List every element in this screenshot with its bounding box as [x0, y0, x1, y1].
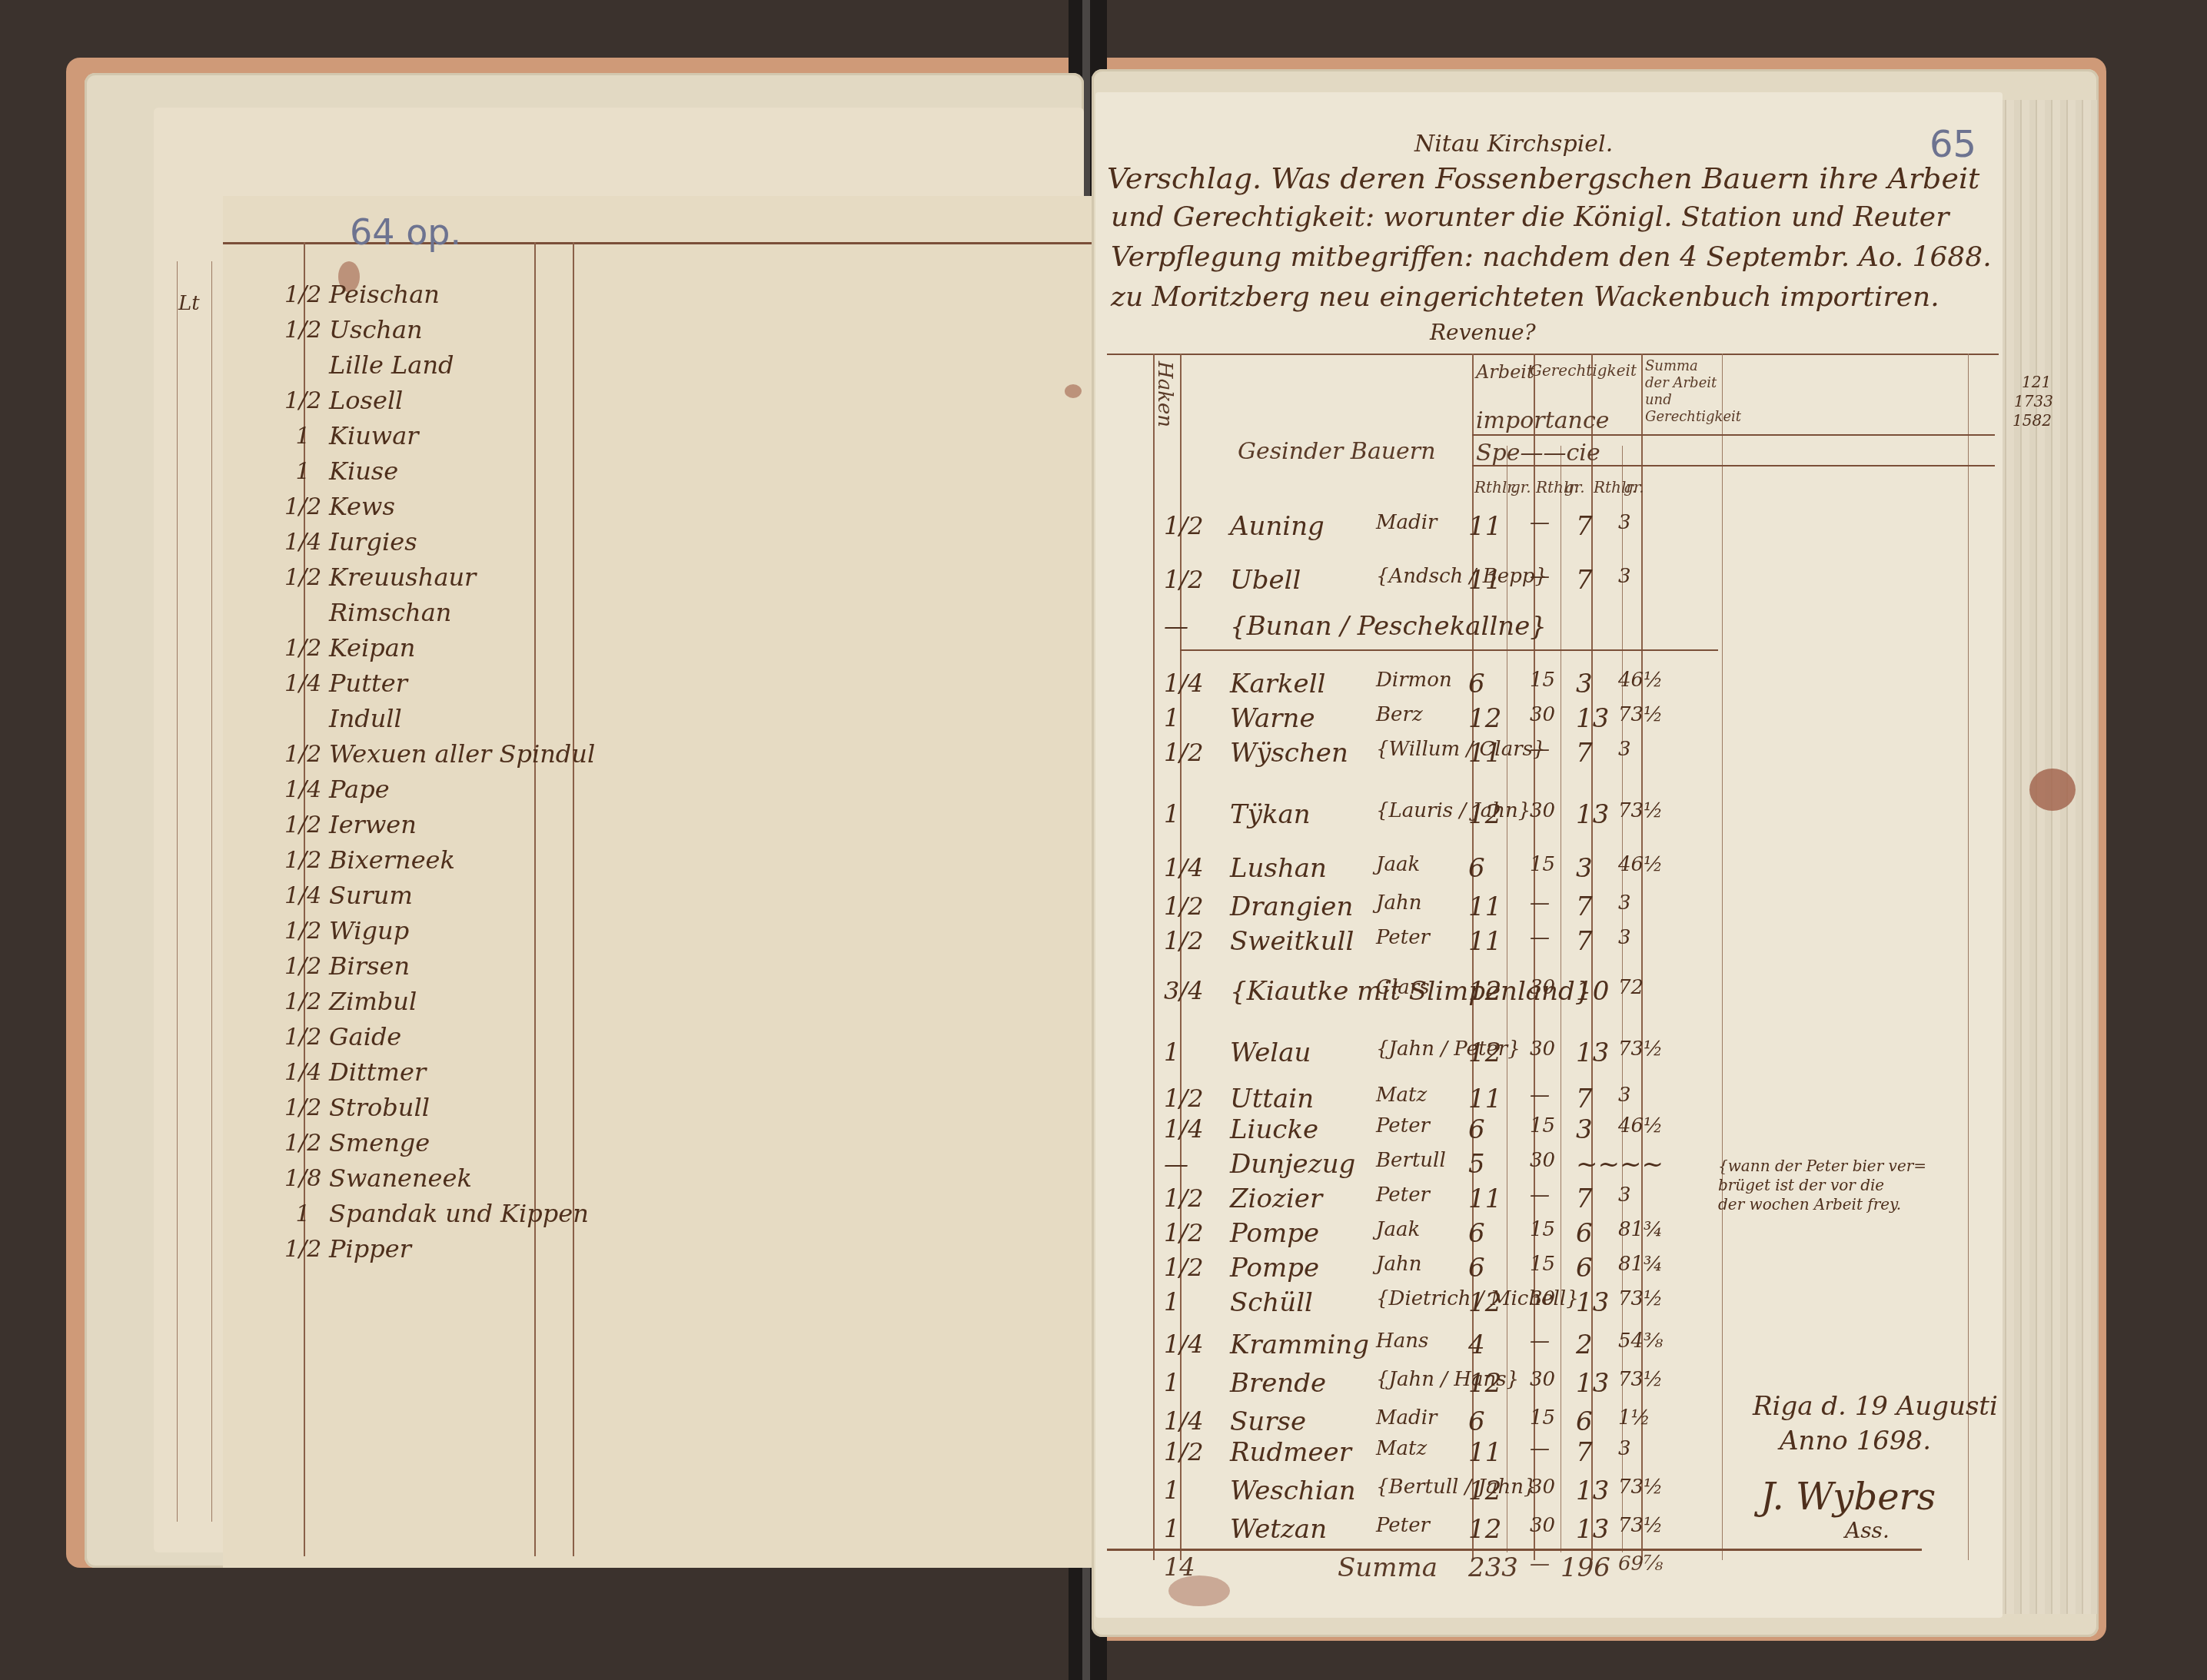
specie-label: Spe——cie — [1476, 440, 1600, 466]
table-row: 1/4LiuckePeter615346½ — [1153, 1114, 1983, 1148]
gerechtigkeit-gr: 3 — [1618, 511, 1631, 534]
share-fraction: 1 — [284, 458, 321, 485]
given-name: Madir — [1376, 511, 1438, 534]
list-item: 1/2Wigup — [284, 913, 409, 948]
share-fraction: 1/2 — [284, 387, 321, 414]
table-row: 1/2Wÿschen{Willum / Clars}11—73 — [1153, 738, 1983, 772]
arbeit-rthlr: 6 — [1468, 1218, 1485, 1249]
list-item: 1/2Keipan — [284, 630, 415, 666]
table-row: 1/2SweitkullPeter11—73 — [1153, 926, 1983, 960]
arbeit-rthlr: 6 — [1468, 1253, 1485, 1283]
gerechtigkeit-rthlr: 3 — [1576, 669, 1593, 699]
list-item: 1/2Birsen — [284, 948, 410, 984]
farm-name: Kramming — [1230, 1330, 1369, 1360]
unit-gr: gr. — [1624, 478, 1644, 496]
ink-stain — [1065, 384, 1082, 398]
row-share: 1 — [1164, 1287, 1179, 1316]
share-fraction: 1/2 — [284, 1094, 321, 1121]
list-item: 1/4Putter — [284, 666, 407, 701]
list-item: Rimschan — [284, 595, 451, 630]
gerechtigkeit-rthlr: 13 — [1576, 1038, 1609, 1068]
given-name: Clars — [1376, 976, 1429, 999]
arbeit-gr: 15 — [1530, 1218, 1555, 1241]
arbeit-gr: — — [1530, 738, 1550, 761]
list-item: 1/2Gaide — [284, 1019, 401, 1054]
folio-number-right: 65 — [1929, 123, 1976, 166]
farm-name: Rudmeer — [1230, 1437, 1351, 1468]
row-share: 1/2 — [1164, 1218, 1204, 1247]
share-fraction: 1/2 — [284, 493, 321, 520]
table-row: 1/4KrammingHans4—254⅜ — [1153, 1330, 1983, 1363]
arbeit-rthlr: 11 — [1468, 1437, 1501, 1468]
farm-name: Bixerneek — [329, 845, 455, 875]
share-fraction: 1/2 — [284, 988, 321, 1015]
list-item: 1/2Ierwen — [284, 807, 417, 842]
share-fraction: 1/2 — [284, 953, 321, 980]
share-fraction: 1/4 — [284, 882, 321, 909]
arbeit-gr: 15 — [1530, 1406, 1555, 1429]
row-share: 1/2 — [1164, 926, 1204, 955]
table-row: 1/2DrangienJahn11—73 — [1153, 891, 1983, 925]
gerechtigkeit-rthlr: 13 — [1576, 1476, 1609, 1506]
gerechtigkeit-rthlr: 6 — [1576, 1218, 1593, 1249]
arbeit-rthlr: 12 — [1468, 799, 1501, 830]
gerechtigkeit-gr: 3 — [1618, 926, 1631, 949]
arbeit-gr: 15 — [1530, 853, 1555, 876]
row-share: 1/4 — [1164, 853, 1204, 882]
total-label: Summa — [1338, 1552, 1438, 1583]
given-name: Peter — [1376, 1184, 1430, 1207]
share-fraction: 1/2 — [284, 564, 321, 591]
importance-label: importance — [1476, 407, 1609, 434]
table-row: 1Welau{Jahn / Peter}12301373½ — [1153, 1038, 1983, 1071]
gerechtigkeit-rthlr: 7 — [1576, 1084, 1593, 1114]
gerechtigkeit-rthlr: 7 — [1576, 926, 1593, 957]
gerechtigkeit-gr: 46½ — [1618, 669, 1663, 692]
arbeit-rthlr: 12 — [1468, 1514, 1501, 1545]
farm-name: Gaide — [329, 1022, 401, 1051]
farm-name: Pipper — [329, 1234, 411, 1263]
ink-stain — [2029, 769, 2076, 811]
arbeit-gr: 15 — [1530, 1114, 1555, 1137]
heading-line: Verschlag. Was deren Fossenbergschen Bau… — [1107, 161, 1979, 195]
gerechtigkeit-gr: 73½ — [1618, 1476, 1663, 1499]
farm-name: Wexuen aller Spindul — [329, 739, 595, 769]
farm-name: Schüll — [1230, 1287, 1313, 1318]
gerechtigkeit-rthlr: 6 — [1576, 1406, 1593, 1437]
gerechtigkeit-rthlr: 13 — [1576, 1287, 1609, 1318]
total-arbeit-rthlr: 233 — [1468, 1552, 1518, 1583]
farm-name: Rimschan — [329, 598, 451, 627]
table-row: 1/4LushanJaak615346½ — [1153, 853, 1983, 887]
share-fraction: 1/2 — [284, 1236, 321, 1263]
list-item: 1/2Bixerneek — [284, 842, 455, 878]
gerechtigkeit-gr: 73½ — [1618, 703, 1663, 726]
gerechtigkeit-gr: 73½ — [1618, 1038, 1663, 1061]
row-share: 1/4 — [1164, 1114, 1204, 1144]
heading-line: zu Moritzberg neu eingerichteten Wackenb… — [1111, 281, 1939, 313]
given-name: Berz — [1376, 703, 1423, 726]
gerechtigkeit-gr: 3 — [1618, 738, 1631, 761]
farm-name: Iurgies — [329, 527, 417, 556]
gerechtigkeit-rthlr: 7 — [1576, 738, 1593, 769]
given-name: Matz — [1376, 1084, 1427, 1107]
arbeit-rthlr: 11 — [1468, 738, 1501, 769]
row-share: 1/4 — [1164, 669, 1204, 698]
row-share: 1/2 — [1164, 1253, 1204, 1282]
arbeit-gr: 30 — [1530, 703, 1555, 726]
row-share: 1 — [1164, 1368, 1179, 1397]
list-item: 1/4Surum — [284, 878, 413, 913]
list-item: 1/8Swaneneek — [284, 1160, 472, 1196]
farm-name: Pompe — [1230, 1253, 1319, 1283]
list-item: 1Kiuwar — [284, 418, 419, 453]
arbeit-gr: — — [1530, 891, 1550, 915]
row-share: 1/2 — [1164, 565, 1204, 594]
arbeit-rthlr: 11 — [1468, 565, 1501, 596]
arbeit-gr: 30 — [1530, 1149, 1555, 1172]
table-header-rule — [1472, 434, 1995, 436]
farm-name: Liucke — [1230, 1114, 1318, 1145]
arbeit-rthlr: 6 — [1468, 669, 1485, 699]
given-name: Jahn — [1376, 1253, 1421, 1276]
share-fraction: 1/4 — [284, 1059, 321, 1086]
list-item: 1/2Kews — [284, 489, 395, 524]
list-item: Indull — [284, 701, 402, 736]
arbeit-gr: 30 — [1530, 1476, 1555, 1499]
col-header-name: Gesinder Bauern — [1238, 438, 1436, 465]
given-name: Bertull — [1376, 1149, 1446, 1172]
table-row: —{Bunan / Peschekallne} — [1153, 611, 1983, 645]
gerechtigkeit-gr: 3 — [1618, 1184, 1631, 1207]
parish-heading: Nitau Kirchspiel. — [1414, 131, 1613, 158]
margin-note-line: {wann der Peter bier ver= — [1718, 1157, 1926, 1175]
gerechtigkeit-gr: 73½ — [1618, 1368, 1663, 1391]
dateline-place-date: Riga d. 19 Augusti — [1753, 1391, 1998, 1422]
gerechtigkeit-rthlr: 13 — [1576, 1368, 1609, 1399]
list-item: 1/2Uschan — [284, 312, 423, 347]
arbeit-gr: — — [1530, 926, 1550, 949]
arbeit-rthlr: 11 — [1468, 926, 1501, 957]
share-fraction: 1 — [284, 423, 321, 450]
farm-name: Tÿkan — [1230, 799, 1311, 830]
farm-name: Karkell — [1230, 669, 1325, 699]
arbeit-rthlr: 6 — [1468, 853, 1485, 884]
total-arbeit-gr: — — [1530, 1552, 1550, 1575]
arbeit-rthlr: 4 — [1468, 1330, 1485, 1360]
farm-name: Lille Land — [329, 350, 454, 380]
gerechtigkeit-gr: 72 — [1618, 976, 1644, 999]
arbeit-rthlr: 12 — [1468, 1287, 1501, 1318]
list-item: 1/2Pipper — [284, 1231, 411, 1267]
gerechtigkeit-gr: 1½ — [1618, 1406, 1650, 1429]
gerechtigkeit-gr: 81¾ — [1618, 1218, 1663, 1241]
margin-mark: Lt — [178, 292, 200, 315]
share-fraction: 1/2 — [284, 281, 321, 308]
arbeit-gr: 30 — [1530, 1038, 1555, 1061]
gerechtigkeit-rthlr: 13 — [1576, 799, 1609, 830]
page-edges-right — [1999, 100, 2099, 1614]
list-item: 1Kiuse — [284, 453, 398, 489]
farm-name: Wigup — [329, 916, 409, 945]
table-row: 1/2UttainMatz11—73 — [1153, 1084, 1983, 1117]
given-name: {Bertull / Jahn} — [1376, 1476, 1537, 1499]
col-header-arbeit: Arbeit — [1476, 361, 1534, 383]
arbeit-gr: 30 — [1530, 1514, 1555, 1537]
row-share: 1/2 — [1164, 738, 1204, 767]
list-item: 1/2Losell — [284, 383, 403, 418]
gerechtigkeit-gr: 3 — [1618, 891, 1631, 915]
table-total-rule — [1107, 1549, 1922, 1551]
folio-number-left: 64 op. — [350, 211, 461, 253]
share-fraction: 1/2 — [284, 741, 321, 768]
gerechtigkeit-rthlr: 3 — [1576, 853, 1593, 884]
farm-name: Uschan — [329, 315, 423, 344]
farm-name: Wÿschen — [1230, 738, 1348, 769]
arbeit-rthlr: 12 — [1468, 1368, 1501, 1399]
farm-name: Wetzan — [1230, 1514, 1327, 1545]
gerechtigkeit-gr: 54⅜ — [1618, 1330, 1663, 1353]
gerechtigkeit-rthlr: 6 — [1576, 1253, 1593, 1283]
farm-name: Warne — [1230, 703, 1315, 734]
farm-name: Weschian — [1230, 1476, 1356, 1506]
subheading: Revenue? — [1430, 320, 1536, 345]
arbeit-rthlr: 12 — [1468, 1038, 1501, 1068]
margin-tally: 1733 — [2014, 392, 2053, 410]
arbeit-rthlr: 11 — [1468, 891, 1501, 922]
farm-name: Spandak und Kippen — [329, 1199, 589, 1228]
row-share: — — [1164, 611, 1188, 640]
unit-gr: gr. — [1564, 478, 1585, 496]
share-fraction: 1/2 — [284, 635, 321, 662]
farm-name: Strobull — [329, 1093, 430, 1122]
given-name: Jaak — [1376, 1218, 1420, 1241]
given-name: Jahn — [1376, 891, 1421, 915]
col-header-haken: Haken — [1153, 361, 1176, 427]
list-item: 1/2Smenge — [284, 1125, 430, 1160]
share-fraction: 1/4 — [284, 670, 321, 697]
table-row: 1/2Ubell{Andsch / Bepp}11—73 — [1153, 565, 1983, 599]
left-column-rule — [534, 242, 536, 1556]
arbeit-gr: — — [1530, 511, 1550, 534]
farm-name: Drangien — [1230, 891, 1353, 922]
arbeit-gr: — — [1530, 1330, 1550, 1353]
margin-tally: 1582 — [2013, 411, 2052, 430]
col-header-gerechtigkeit: Gerechtigkeit — [1530, 361, 1637, 380]
signature: J. Wybers — [1760, 1476, 1936, 1519]
under-page-rule — [211, 261, 212, 1522]
farm-name: Zimbul — [329, 987, 417, 1016]
list-item: 1Spandak und Kippen — [284, 1196, 589, 1231]
given-name: {Andsch / Bepp} — [1376, 565, 1547, 588]
row-share: 1 — [1164, 703, 1179, 732]
list-item: 1/2Kreuushaur — [284, 559, 476, 595]
farm-name: Swaneneek — [329, 1164, 472, 1193]
arbeit-gr: 30 — [1530, 976, 1555, 999]
arbeit-rthlr: 12 — [1468, 703, 1501, 734]
farm-name: Lushan — [1230, 853, 1327, 884]
farm-name: Surse — [1230, 1406, 1306, 1437]
list-item: 1/4Dittmer — [284, 1054, 426, 1090]
gerechtigkeit-rthlr: 7 — [1576, 1184, 1593, 1214]
table-row: 3/4{Kiautke mit Slimpenland}Clars1230107… — [1153, 976, 1983, 1010]
arbeit-rthlr: 6 — [1468, 1114, 1485, 1145]
gerechtigkeit-gr: 73½ — [1618, 1287, 1663, 1310]
list-item: Lille Land — [284, 347, 454, 383]
list-item: 1/4Iurgies — [284, 524, 417, 559]
gerechtigkeit-gr: 3 — [1618, 1437, 1631, 1460]
share-fraction: 1/4 — [284, 776, 321, 803]
table-row: 1WarneBerz12301373½ — [1153, 703, 1983, 737]
farm-name: Sweitkull — [1230, 926, 1354, 957]
gerechtigkeit-rthlr: 7 — [1576, 511, 1593, 542]
gerechtigkeit-gr: 73½ — [1618, 1514, 1663, 1537]
farm-name: Smenge — [329, 1128, 430, 1157]
gerechtigkeit-gr: 73½ — [1618, 799, 1663, 822]
farm-name: Kews — [329, 492, 395, 521]
arbeit-rthlr: 11 — [1468, 511, 1501, 542]
given-name: Dirmon — [1376, 669, 1452, 692]
table-total-row: 14 Summa 233 — 196 69⅞ — [1153, 1552, 1983, 1586]
gerechtigkeit-rthlr: 10 — [1576, 976, 1609, 1007]
arbeit-rthlr: 5 — [1468, 1149, 1485, 1180]
margin-note-line: der wochen Arbeit frey. — [1718, 1195, 1901, 1214]
gerechtigkeit-rthlr: 7 — [1576, 891, 1593, 922]
share-fraction: 1/2 — [284, 1024, 321, 1051]
gerechtigkeit-rthlr: 13 — [1576, 1514, 1609, 1545]
given-name: Jaak — [1376, 853, 1420, 876]
farm-name: Kreuushaur — [329, 563, 476, 592]
share-fraction: 1/2 — [284, 317, 321, 344]
table-row: 1/4KarkellDirmon615346½ — [1153, 669, 1983, 702]
given-name: Madir — [1376, 1406, 1438, 1429]
row-share: 1/4 — [1164, 1330, 1204, 1359]
given-name: Peter — [1376, 926, 1430, 949]
row-share: 1 — [1164, 1476, 1179, 1505]
gerechtigkeit-gr: 3 — [1618, 1084, 1631, 1107]
arbeit-rthlr: 12 — [1468, 1476, 1501, 1506]
table-row: 1Schüll{Dietrich / Michell}12301373½ — [1153, 1287, 1983, 1321]
arbeit-rthlr: 11 — [1468, 1184, 1501, 1214]
row-share: 1/2 — [1164, 511, 1204, 540]
signature-suffix: Ass. — [1845, 1518, 1890, 1543]
list-item: 1/2Zimbul — [284, 984, 417, 1019]
arbeit-gr: 30 — [1530, 799, 1555, 822]
heading-line: Verpflegung mitbegriffen: nachdem den 4 … — [1111, 241, 1992, 273]
total-ger-rthlr: 196 — [1561, 1552, 1610, 1583]
arbeit-rthlr: 11 — [1468, 1084, 1501, 1114]
farm-name: Dunjezug — [1230, 1149, 1355, 1180]
arbeit-gr: — — [1530, 565, 1550, 588]
dateline-year: Anno 1698. — [1780, 1426, 1931, 1456]
share-fraction: 1/2 — [284, 812, 321, 838]
unit-gr: gr. — [1511, 478, 1531, 496]
arbeit-gr: 15 — [1530, 1253, 1555, 1276]
farm-name: Kiuse — [329, 457, 398, 486]
farm-name: {Bunan / Peschekallne} — [1230, 611, 1547, 642]
share-fraction: 1 — [284, 1200, 321, 1227]
given-name: {Lauris / Jahn} — [1376, 799, 1531, 822]
gerechtigkeit-gr: 81¾ — [1618, 1253, 1663, 1276]
share-fraction: 1/2 — [284, 1130, 321, 1157]
gerechtigkeit-rthlr: 3 — [1576, 1114, 1593, 1145]
list-item: 1/4Pape — [284, 772, 390, 807]
table-rule-top — [1107, 354, 1999, 355]
col-header-summa: Summa der Arbeit und Gerechtigkeit — [1645, 358, 1722, 426]
row-share: 1/2 — [1164, 1184, 1204, 1213]
gerechtigkeit-rthlr: 7 — [1576, 565, 1593, 596]
given-name: Hans — [1376, 1330, 1428, 1353]
heading-line: und Gerechtigkeit: worunter die Königl. … — [1111, 201, 1949, 233]
row-share: 1 — [1164, 1514, 1179, 1543]
row-share: 1/2 — [1164, 1084, 1204, 1113]
farm-name: Dittmer — [329, 1057, 426, 1087]
farm-name: Surum — [329, 881, 413, 910]
share-fraction: 1/2 — [284, 918, 321, 945]
arbeit-rthlr: 12 — [1468, 976, 1501, 1007]
gerechtigkeit-rthlr: ~~~~ — [1576, 1149, 1664, 1180]
gerechtigkeit-gr: 46½ — [1618, 853, 1663, 876]
row-share: 1 — [1164, 1038, 1179, 1067]
farm-name: Ziozier — [1230, 1184, 1322, 1214]
row-share: 1/2 — [1164, 891, 1204, 921]
row-share: 1/2 — [1164, 1437, 1204, 1466]
share-fraction: 1/2 — [284, 847, 321, 874]
gerechtigkeit-rthlr: 13 — [1576, 703, 1609, 734]
farm-name: Pompe — [1230, 1218, 1319, 1249]
gerechtigkeit-gr: 46½ — [1618, 1114, 1663, 1137]
arbeit-gr: 30 — [1530, 1287, 1555, 1310]
margin-tally: 121 — [2022, 373, 2051, 391]
under-page-rule — [177, 261, 178, 1522]
list-item: 1/2Peischan — [284, 277, 440, 312]
gerechtigkeit-rthlr: 2 — [1576, 1330, 1593, 1360]
gerechtigkeit-rthlr: 7 — [1576, 1437, 1593, 1468]
arbeit-gr: 15 — [1530, 669, 1555, 692]
arbeit-gr: — — [1530, 1184, 1550, 1207]
farm-name: Birsen — [329, 951, 410, 981]
farm-name: Kiuwar — [329, 421, 419, 450]
share-fraction: 1/4 — [284, 529, 321, 556]
arbeit-gr: — — [1530, 1437, 1550, 1460]
farm-name: Putter — [329, 669, 407, 698]
arbeit-rthlr: 6 — [1468, 1406, 1485, 1437]
table-row: 1/2PompeJahn615681¾ — [1153, 1253, 1983, 1287]
farm-name: Pape — [329, 775, 390, 804]
farm-name: Losell — [329, 386, 403, 415]
margin-note-line: brüget ist der vor die — [1718, 1176, 1884, 1194]
arbeit-gr: — — [1530, 1084, 1550, 1107]
ink-stain — [1168, 1575, 1230, 1606]
farm-name: Welau — [1230, 1038, 1311, 1068]
farm-name: Peischan — [329, 280, 440, 309]
row-share: — — [1164, 1149, 1188, 1178]
share-fraction: 1/8 — [284, 1165, 321, 1192]
farm-name: Ubell — [1230, 565, 1301, 596]
given-name: {Willum / Clars} — [1376, 738, 1545, 761]
table-row: 1Tÿkan{Lauris / Jahn}12301373½ — [1153, 799, 1983, 833]
farm-name: Indull — [329, 704, 402, 733]
list-item: 1/2Strobull — [284, 1090, 430, 1125]
farm-name: Brende — [1230, 1368, 1326, 1399]
given-name: Peter — [1376, 1514, 1430, 1537]
gerechtigkeit-gr: 3 — [1618, 565, 1631, 588]
row-share: 3/4 — [1164, 976, 1204, 1005]
row-share: 1/4 — [1164, 1406, 1204, 1436]
arbeit-gr: 30 — [1530, 1368, 1555, 1391]
table-row: 1/2AuningMadir11—73 — [1153, 511, 1983, 545]
given-name: Matz — [1376, 1437, 1427, 1460]
